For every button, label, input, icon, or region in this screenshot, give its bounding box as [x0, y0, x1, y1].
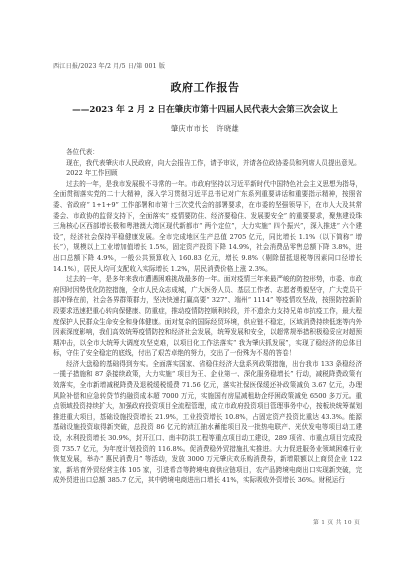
salutation: 各位代表：: [53, 147, 362, 158]
document-body: 各位代表： 现在，我代表肇庆市人民政府，向大会报告工作，请予审议，并请各位政协委…: [53, 147, 362, 486]
document-subtitle: ——2023 年 2 月 2 日在肇庆市第十四届人民代表大会第三次会议上: [0, 103, 410, 115]
document-title: 政府工作报告: [0, 79, 410, 95]
source-line: 西江日报/2023 年/2 月/5 日/第 001 版: [53, 61, 165, 70]
paragraph: 过去的一年，是多年来我市遭遇困难挑战最多的一年。面对疫情三年来最严峻的防控形势，…: [53, 274, 362, 359]
paragraph: 过去的一年，是我市发展极不寻常的一年。市政府坚持以习近平新时代中国特色社会主义思…: [53, 179, 362, 274]
page-number: 第 1 页 共 10 页: [313, 517, 360, 526]
paragraph: 经济大盘稳的基础得到夯实。全面落实国家、省稳住经济大盘系列政策措施，出台我市 1…: [53, 359, 362, 486]
paragraph: 现在，我代表肇庆市人民政府，向大会报告工作，请予审议，并请各位政协委员和列席人员…: [53, 158, 362, 169]
document-author: 肇庆市市长 许晓雄: [0, 124, 410, 134]
section-heading: 2022 年工作回顾: [53, 168, 362, 179]
document-page: 西江日报/2023 年/2 月/5 日/第 001 版 政府工作报告 ——202…: [0, 0, 410, 580]
